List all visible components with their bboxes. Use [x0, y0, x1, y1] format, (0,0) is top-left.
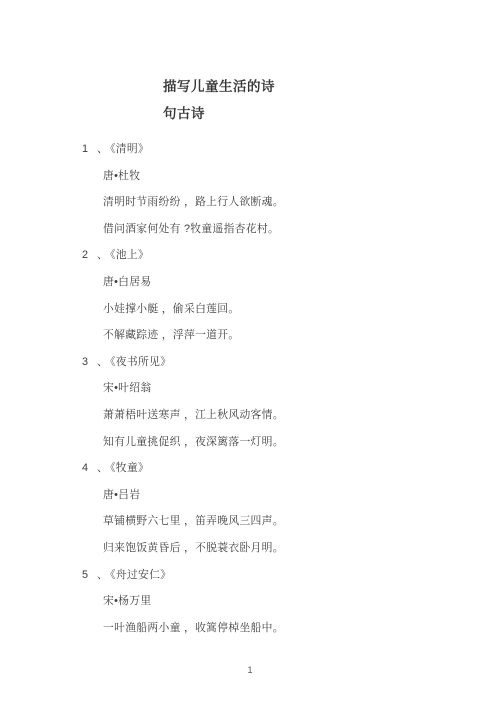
list-marker: 、 — [97, 356, 108, 368]
poem-verse: 萧萧梧叶送寒声 ，江上秋风动客情。 — [0, 402, 500, 429]
poem-author: 唐•白居易 — [0, 269, 500, 296]
poem-author: 宋•杨万里 — [0, 588, 500, 615]
poem-number: 1 — [82, 136, 89, 163]
poem-title: 《夜书所见》 — [110, 356, 171, 368]
poem-verse: 归来饱饭黄昏后 ，不脱蓑衣卧月明。 — [0, 535, 500, 562]
poem-title: 《池上》 — [110, 249, 149, 261]
list-marker: 、 — [97, 569, 108, 581]
list-marker: 、 — [97, 143, 108, 155]
poem-verse: 清明时节雨纷纷 ，路上行人欲断魂。 — [0, 189, 500, 216]
list-marker: 、 — [97, 462, 108, 474]
poem-entry-5: 5、《舟过安仁》 宋•杨万里 一叶渔船两小童 ，收篙停棹坐船中。 — [0, 562, 500, 642]
poem-verse: 知有儿童挑促织 ，夜深篱落一灯明。 — [0, 429, 500, 456]
poem-heading: 4、《牧童》 — [0, 455, 500, 482]
poem-heading: 1、《清明》 — [0, 136, 500, 163]
poem-author: 唐•吕岩 — [0, 482, 500, 509]
poem-verse: 小娃撑小艇 ，偷采白莲回。 — [0, 296, 500, 323]
poem-verse: 一叶渔船两小童 ，收篙停棹坐船中。 — [0, 615, 500, 642]
poem-author: 宋•叶绍翁 — [0, 375, 500, 402]
document-title: 描写儿童生活的诗 句古诗 — [163, 73, 500, 127]
poem-heading: 5、《舟过安仁》 — [0, 562, 500, 589]
page-number: 1 — [0, 665, 500, 675]
document-title-line-2: 句古诗 — [163, 100, 500, 127]
document-page: 描写儿童生活的诗 句古诗 1、《清明》 唐•杜牧 清明时节雨纷纷 ，路上行人欲断… — [0, 0, 500, 708]
poem-heading: 3、《夜书所见》 — [0, 349, 500, 376]
poem-title: 《舟过安仁》 — [110, 569, 171, 581]
poem-verse: 草铺横野六七里 ，笛弄晚风三四声。 — [0, 508, 500, 535]
poem-verse: 不解藏踪迹 ，浮萍一道开。 — [0, 322, 500, 349]
list-marker: 、 — [97, 249, 108, 261]
poem-entry-4: 4、《牧童》 唐•吕岩 草铺横野六七里 ，笛弄晚风三四声。 归来饱饭黄昏后 ，不… — [0, 455, 500, 561]
poem-entry-2: 2、《池上》 唐•白居易 小娃撑小艇 ，偷采白莲回。 不解藏踪迹 ，浮萍一道开。 — [0, 242, 500, 348]
poem-number: 3 — [82, 349, 89, 376]
poem-heading: 2、《池上》 — [0, 242, 500, 269]
poem-number: 5 — [82, 562, 89, 589]
poem-number: 4 — [82, 455, 89, 482]
poem-list: 1、《清明》 唐•杜牧 清明时节雨纷纷 ，路上行人欲断魂。 借问酒家何处有 ?牧… — [0, 136, 500, 641]
poem-entry-1: 1、《清明》 唐•杜牧 清明时节雨纷纷 ，路上行人欲断魂。 借问酒家何处有 ?牧… — [0, 136, 500, 242]
poem-title: 《清明》 — [110, 143, 149, 155]
poem-verse: 借问酒家何处有 ?牧童遥指杏花村。 — [0, 216, 500, 243]
poem-author: 唐•杜牧 — [0, 163, 500, 190]
poem-entry-3: 3、《夜书所见》 宋•叶绍翁 萧萧梧叶送寒声 ，江上秋风动客情。 知有儿童挑促织… — [0, 349, 500, 455]
poem-number: 2 — [82, 242, 89, 269]
document-title-line-1: 描写儿童生活的诗 — [163, 73, 500, 100]
poem-title: 《牧童》 — [110, 462, 149, 474]
